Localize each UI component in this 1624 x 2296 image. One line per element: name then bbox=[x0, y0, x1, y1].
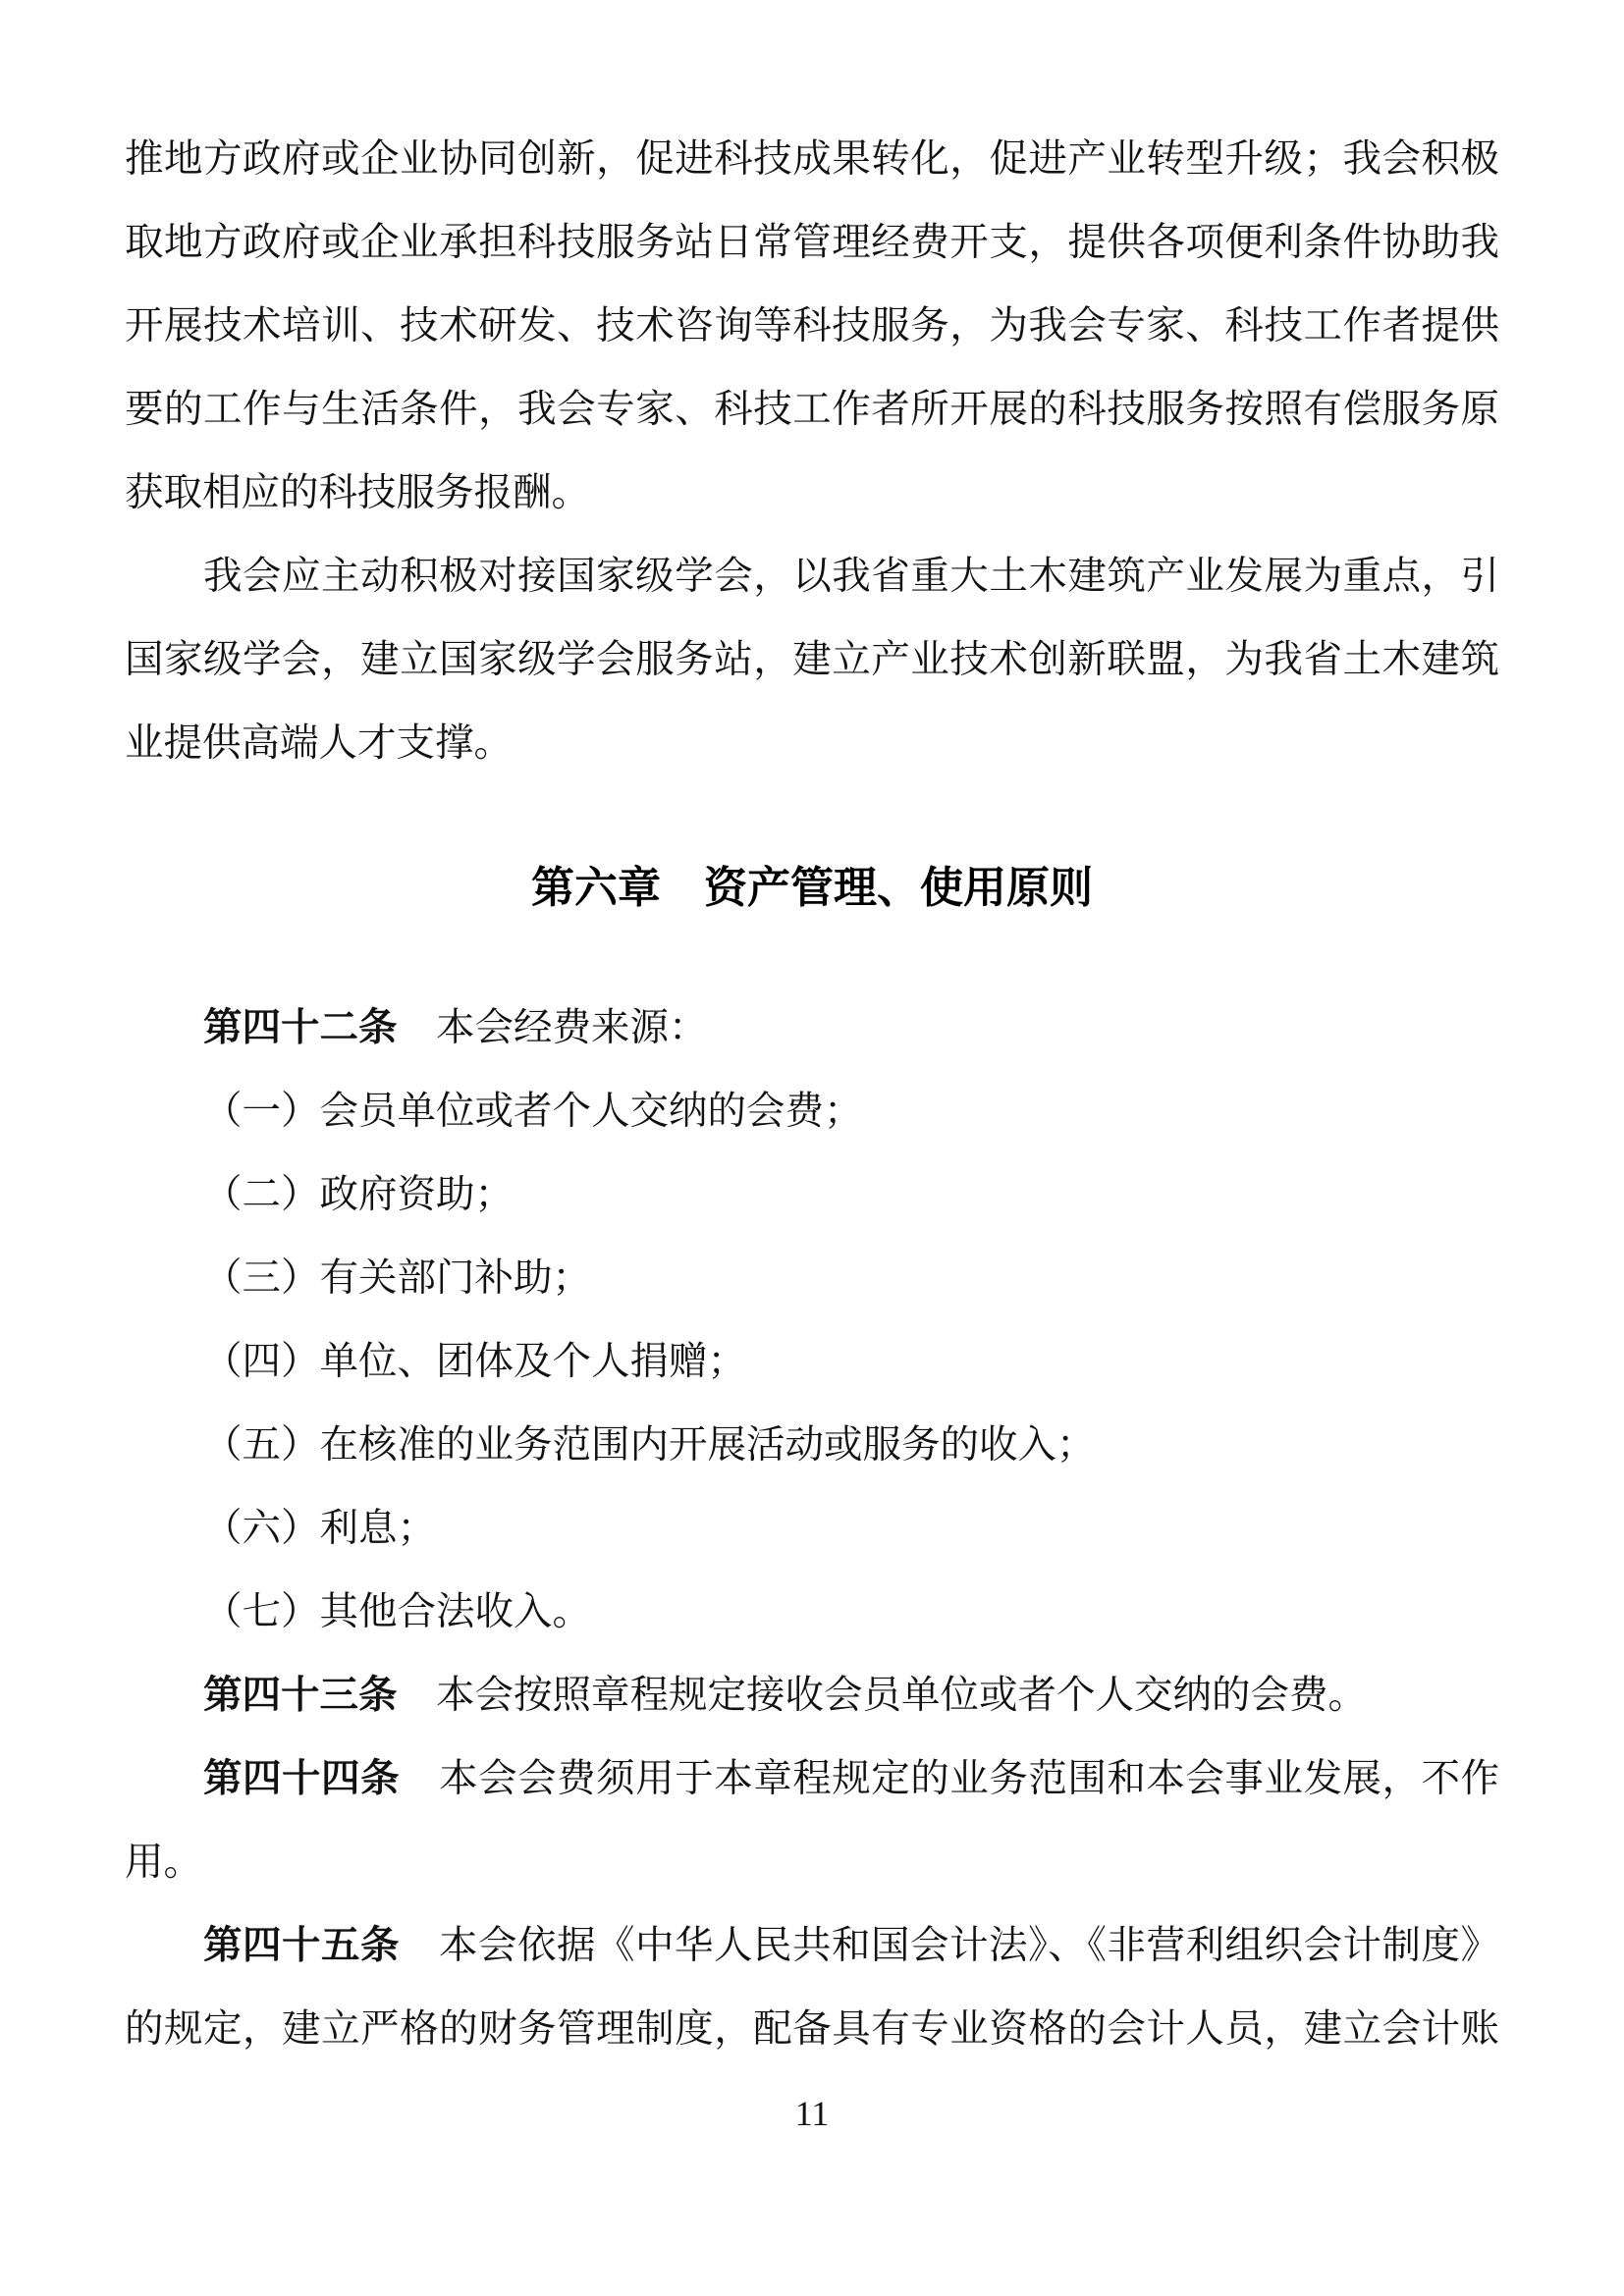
text-line: 推地方政府或企业协同创新，促进科技成果转化，促进产业转型升级；我会积极争 bbox=[125, 118, 1499, 201]
text-line: 获取相应的科技服务报酬。 bbox=[125, 452, 1499, 535]
text-line: 国家级学会，建立国家级学会服务站，建立产业技术创新联盟，为我省土木建筑企 bbox=[125, 618, 1499, 702]
article-line: 第四十四条 本会会费须用于本章程规定的业务范围和本会事业发展，不作它 bbox=[125, 1737, 1499, 1821]
list-item: （七）其他合法收入。 bbox=[125, 1571, 1499, 1654]
text-line: 的规定，建立严格的财务管理制度，配备具有专业资格的会计人员，建立会计账簿， bbox=[125, 1988, 1499, 2071]
article-text: 本会依据《中华人民共和国会计法》、《非营利组织会计制度》 bbox=[439, 1924, 1499, 1967]
article-line: 第四十三条 本会按照章程规定接收会员单位或者个人交纳的会费。 bbox=[125, 1654, 1499, 1737]
text-line: 我会应主动积极对接国家级学会，以我省重大土木建筑产业发展为重点，引进 bbox=[125, 535, 1499, 618]
list-item: （四）单位、团体及个人捐赠； bbox=[125, 1320, 1499, 1404]
text-line: 开展技术培训、技术研发、技术咨询等科技服务，为我会专家、科技工作者提供必 bbox=[125, 285, 1499, 368]
text-line: 用。 bbox=[125, 1821, 1499, 1904]
article-number: 第四十五条 bbox=[203, 1924, 400, 1967]
list-item: （一）会员单位或者个人交纳的会费； bbox=[125, 1070, 1499, 1153]
article-line: 第四十五条 本会依据《中华人民共和国会计法》、《非营利组织会计制度》 bbox=[125, 1904, 1499, 1988]
text-line: 取地方政府或企业承担科技服务站日常管理经费开支，提供各项便利条件协助我会 bbox=[125, 201, 1499, 285]
list-item: （六）利息； bbox=[125, 1487, 1499, 1571]
document-page: 推地方政府或企业协同创新，促进科技成果转化，促进产业转型升级；我会积极争取地方政… bbox=[0, 0, 1624, 2296]
list-item: （五）在核准的业务范围内开展活动或服务的收入； bbox=[125, 1404, 1499, 1487]
list-item: （二）政府资助； bbox=[125, 1153, 1499, 1237]
article-number: 第四十四条 bbox=[203, 1757, 400, 1800]
text-line: 要的工作与生活条件，我会专家、科技工作者所开展的科技服务按照有偿服务原则 bbox=[125, 368, 1499, 452]
chapter-heading: 第六章 资产管理、使用原则 bbox=[125, 846, 1499, 930]
article-number: 第四十二条 bbox=[203, 1006, 398, 1049]
article-number: 第四十三条 bbox=[203, 1674, 398, 1717]
text-line: 业提供高端人才支撑。 bbox=[125, 702, 1499, 785]
document-content: 推地方政府或企业协同创新，促进科技成果转化，促进产业转型升级；我会积极争取地方政… bbox=[0, 0, 1624, 2071]
article-text: 本会经费来源： bbox=[436, 1006, 708, 1049]
page-number: 11 bbox=[0, 2091, 1624, 2136]
article-text: 本会按照章程规定接收会员单位或者个人交纳的会费。 bbox=[436, 1674, 1367, 1717]
list-item: （三）有关部门补助； bbox=[125, 1237, 1499, 1320]
article-line: 第四十二条 本会经费来源： bbox=[125, 987, 1499, 1070]
